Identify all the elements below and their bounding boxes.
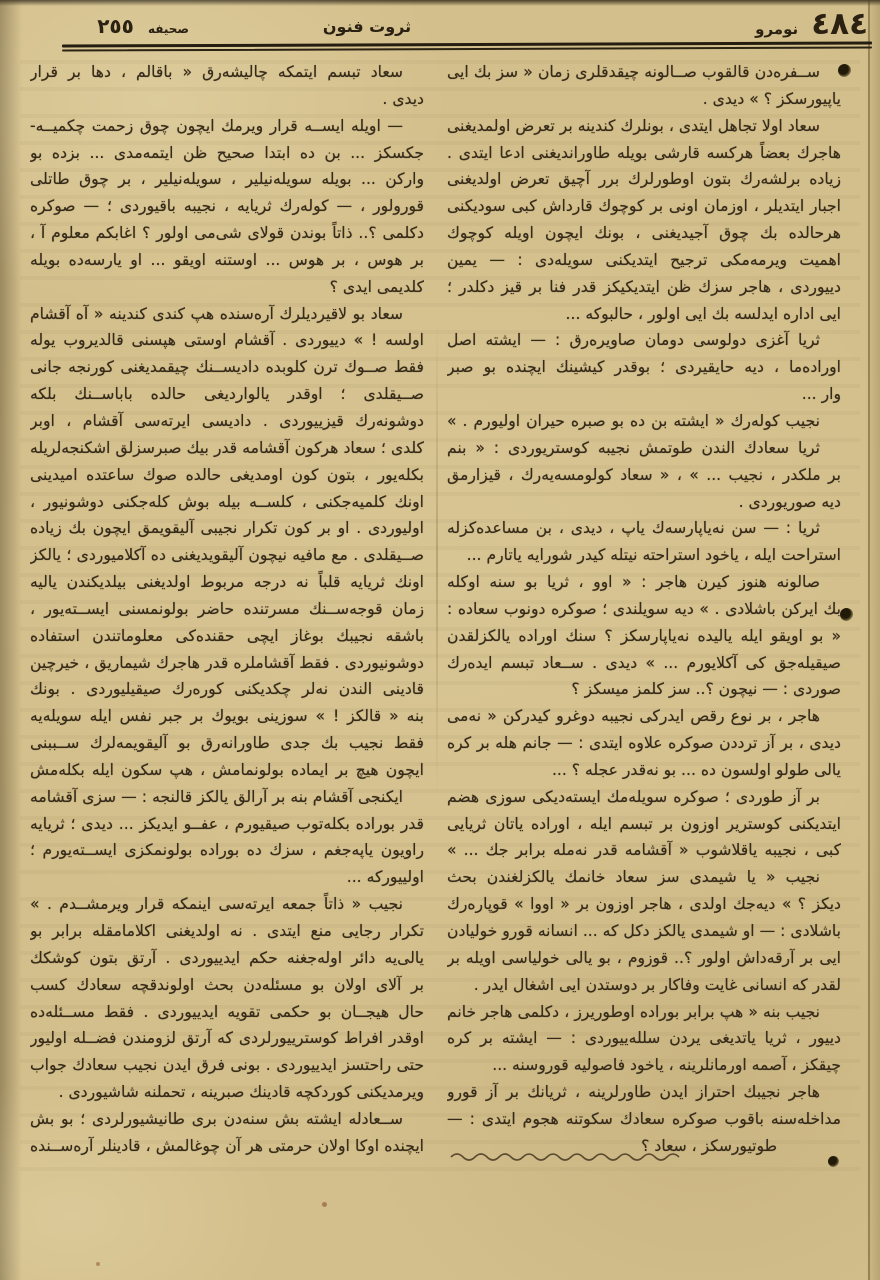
text-line: بنه « قالكز ! » سوزینی بویوك بر جبر نفس … — [30, 703, 424, 730]
text-line: صوردی : — نیچون ؟.. سز كلمز میسكز ؟ — [447, 676, 841, 703]
text-line: قورولور ، — كوله‌رك ثریایه ، نجیبه باقیو… — [30, 193, 424, 220]
text-line: صــیقلدی ؛ اوقدر یالواردیغی حالده باباسـ… — [30, 381, 424, 408]
text-line: جكسكز ... بن ده ابتدا صحیح ظن ایتمه‌مدی … — [30, 140, 424, 167]
text-line: اونك كلمیه‌جكنی ، كلســه بیله بوش كله‌جك… — [30, 489, 424, 516]
ink-mark — [840, 608, 853, 621]
text-line: قادینی الندن نه‌لر چكدیكنی كوره‌رك صیقیل… — [30, 676, 424, 703]
text-line: دوشونه‌رك قیزییوردی . دادیسی ایرته‌سی آق… — [30, 408, 424, 435]
text-line: سعاد اولا تجاهل ایتدی ، بونلرك كندینه بر… — [447, 113, 841, 140]
text-line: بر ملكدر ، نجیب ... » ، « سعاد كولومسه‌ی… — [447, 462, 841, 489]
text-line: كبی ، نجیبه یاقلاشوب « آقشامه قدر نه‌مله… — [447, 837, 841, 864]
text-line: ســفره‌دن قالقوب صــالونه چیقدقلری زمان … — [447, 59, 841, 86]
text-line: ایی اداره ایدلسه بك ایی اولور ، حالبوكه … — [447, 301, 841, 328]
text-line: وار ... — [447, 381, 841, 408]
text-line: صالونه هنوز كیرن هاجر : « اوو ، ثریا بو … — [447, 569, 841, 596]
text-line: هرحالده بك چوق آجیدیغنی ، بونك ایچون اوی… — [447, 220, 841, 247]
text-line: زمان قوجه‌ســنك مسرتنده حاضر بولونمسنی ا… — [30, 596, 424, 623]
text-line: واركن ... بویله سویله‌نیلیر ، سویله‌نیلی… — [30, 166, 424, 193]
text-line: هاجر ، بر نوع رقص ایدركی نجیبه دوغرو كید… — [447, 703, 841, 730]
text-line: دكلمی ؟.. ذاتاً بوندن قولای شی‌می اولور … — [30, 220, 424, 247]
page-number: ٢٥٥ — [97, 14, 134, 38]
text-line: ایكنجی آقشام بنه بر آرالق یالكز قالنجه :… — [30, 784, 424, 811]
text-line: بك ایركن باشلادی . » دیه سویلندی ؛ صوكره… — [447, 596, 841, 623]
text-line: كلدیمی ایدی ؟ — [30, 274, 424, 301]
text-line: حال هیجــان بو حكمی تقویه ایدییوردی . فق… — [30, 999, 424, 1026]
text-line: — اویله ایســه قرار ویرمك ایچون چوق زحمت… — [30, 113, 424, 140]
text-line: فقط صــوك ترن كلوبده دادیســنك چیقمدیغنی… — [30, 354, 424, 381]
text-line: نجیب « یا شیمدی سز سعاد خانمك یالكزلغندن… — [447, 864, 841, 891]
text-line: بكله‌یور ، بتون كون اومدیغی حالده صوك سا… — [30, 462, 424, 489]
issue-number-block: ٤٨٤ نومرو — [755, 6, 868, 42]
masthead-double-rule — [62, 41, 872, 51]
text-column-right: ســفره‌دن قالقوب صــالونه چیقدقلری زمان … — [447, 59, 841, 1160]
text-line: چیقكز ، آصمه اورمانلرینه ، یاخود فاصولیه… — [447, 1052, 841, 1079]
text-line: صــیقلدی . مع مافیه نیچون آلیقویدیغنی ده… — [30, 542, 424, 569]
text-line: دیه صوریوردی . — [447, 489, 841, 516]
text-line: یاپیورسكز ؟ » دیدی . — [447, 86, 841, 113]
text-line: نجیب « ذاتاً جمعه ایرته‌سی اینمكه قرار و… — [30, 891, 424, 918]
text-line: راویون یاپه‌جغم ، سزك ده بوراده بولونمكز… — [30, 837, 424, 864]
page-edge — [868, 0, 870, 1280]
text-line: بر هوس ، بر هوس ... اوستنه اویقو ... او … — [30, 247, 424, 274]
text-line: ایچون هیچ بر ایماده بولونمامش ، هپ سكون … — [30, 757, 424, 784]
newspaper-page: ٤٨٤ نومرو ثروت فنون صحیفه ٢٥٥ ســفره‌دن … — [0, 0, 880, 1280]
text-line: دییور ، ثریا یاتدیغی یردن سلله‌ییوردی : … — [447, 1025, 841, 1052]
text-line: زیاده برلشه‌رك بتون اوطورلرك برر آچیق تع… — [447, 166, 841, 193]
text-line: نجیب كوله‌رك « ایشته بن ده بو صبره حیران… — [447, 408, 841, 435]
paper-stain — [96, 1262, 100, 1266]
text-line: استراحت ایله ، یاخود استراحته نیتله كیدر… — [447, 542, 841, 569]
text-line: دیدی ، بر آز ترددن صوكره علاوه ایتدی : —… — [447, 730, 841, 757]
text-line: ثریا : — سن نه‌یاپارسه‌ك یاپ ، دیدی ، بن… — [447, 515, 841, 542]
text-line: « بو اویقو ایله یالیده نه‌یاپارسكز ؟ سنك… — [447, 623, 841, 650]
text-line: ایچنده اوكا اولان حرمتی هر آن چوغالمش ، … — [30, 1133, 424, 1160]
text-line: ســعادله ایشته بش سنه‌دن بری طانیشیورلرد… — [30, 1106, 424, 1133]
text-line: ثریا سعادك الندن طوتمش نجیبه كوستریوردی … — [447, 435, 841, 462]
ink-mark — [828, 1156, 839, 1167]
text-line: اوراده‌ما ، دیه حایقیردی ؛ بوقدر كیشینك … — [447, 354, 841, 381]
text-line: فقط نجیب بك جدی طاورانه‌رق بو آلیقویمه‌ل… — [30, 730, 424, 757]
text-line: صیقیله‌جق كی آكلایورم ... » دیدی . ســعا… — [447, 650, 841, 677]
text-line: ایی بر آرقه‌داش اولور ؟.. قوزوم ، بو یال… — [447, 945, 841, 972]
text-line: اولییوركه ... — [30, 864, 424, 891]
text-line: مداخله‌سنه باقوب صوكره سعادك سكوتنه هجوم… — [447, 1106, 841, 1133]
text-line: دیدی . — [30, 86, 424, 113]
text-line: دییوردی ، هاجر سزك ظن ایتدیكیكز قدر فنا … — [447, 274, 841, 301]
text-line: سعاد تبسم ایتمكه چالیشه‌رق « باقالم ، ده… — [30, 59, 424, 86]
text-line: قدر بوراده بكله‌توب صیقیورم ، عفــو ایدی… — [30, 811, 424, 838]
text-line: باشقه نجیبك بوغاز ایچی حقنده‌كی معلوماتن… — [30, 623, 424, 650]
page-number-label: صحیفه — [148, 22, 189, 36]
text-line: اونك ثریایه قلباً نه درجه مربوط اولدیغنی… — [30, 569, 424, 596]
text-line: بر آلای اولان بو مسئله‌دن بحث اولوندقچه … — [30, 972, 424, 999]
text-line: لقدر كه انسانی غایت وفاكار بر دوستدن ایی… — [447, 972, 841, 999]
text-column-left: سعاد تبسم ایتمكه چالیشه‌رق « باقالم ، ده… — [30, 59, 424, 1160]
text-line: سعاد بو لاقیردیلرك آره‌سنده هپ كندی كندی… — [30, 301, 424, 328]
text-line: دوشونیوردی . فقط آقشاملره قدر هاجرك شیما… — [30, 650, 424, 677]
text-line: تكرار رجایی منع ایتدی . نه اولدیغنی اكلا… — [30, 918, 424, 945]
text-line: یالی‌یه دائر اوله‌جغنه حكم ایدییوردی . آ… — [30, 945, 424, 972]
text-line: هاجرك بعضاً هركسه قارشی بویله طاوراندیغن… — [447, 140, 841, 167]
text-line: ویرمدیكنی كوردكچه قادینك صبرینه ، تحملنه… — [30, 1079, 424, 1106]
text-line: اوقدر افراط كوستریيورلردی كه آرتق لزومند… — [30, 1025, 424, 1052]
text-line: یالی طولو اولسون ده ... بو نه‌قدر عجله ؟… — [447, 757, 841, 784]
page-number-block: صحیفه ٢٥٥ — [55, 14, 189, 38]
text-line: حتی راحتسز ایدییوردی . بونی فرق ایدن نجی… — [30, 1052, 424, 1079]
text-line: كلدی ؛ سعاد هركون آقشامه قدر بیك صبرسزلق… — [30, 435, 424, 462]
text-line: ثریا آغزی دولوسی دومان صاویره‌رق : — ایش… — [447, 327, 841, 354]
text-line: بر آز طوردی ؛ صوكره سویله‌مك ایسته‌دیكی … — [447, 784, 841, 811]
text-line: اجبار ایتدیلر ، اوزمان اونی بر كوچوك قار… — [447, 193, 841, 220]
issue-number-label: نومرو — [755, 20, 798, 38]
text-line: اولسه ! » دییوردی . آقشام اوستی هپسنی قا… — [30, 327, 424, 354]
wavy-end-rule — [449, 1150, 681, 1163]
text-line: هاجر نجیبك احتراز ایدن طاورلرینه ، ثریان… — [447, 1079, 841, 1106]
text-line: ایتدیكنی كوستریر اوزون بر تبسم ایله ، او… — [447, 811, 841, 838]
issue-number: ٤٨٤ — [811, 6, 868, 42]
text-line: باشلادی : — او شیمدی یالكز دكل كه ... ان… — [447, 918, 841, 945]
page-fold-line — [436, 320, 438, 800]
journal-title: ثروت فنون — [287, 17, 447, 36]
text-line: اولیوردی . او بر كون تكرار نجیبی آلیقویم… — [30, 515, 424, 542]
paper-stain — [322, 1202, 327, 1207]
text-line: اهمیت ویرمه‌مكی ترجیح ایتدیكنی سویله‌دی … — [447, 247, 841, 274]
ink-mark — [838, 64, 851, 77]
text-line: نجیب بنه « هپ برابر بوراده اوطوریرز ، دك… — [447, 999, 841, 1026]
text-line: دیكز ؟ » دیه‌جك اولدی ، هاجر اوزون بر « … — [447, 891, 841, 918]
